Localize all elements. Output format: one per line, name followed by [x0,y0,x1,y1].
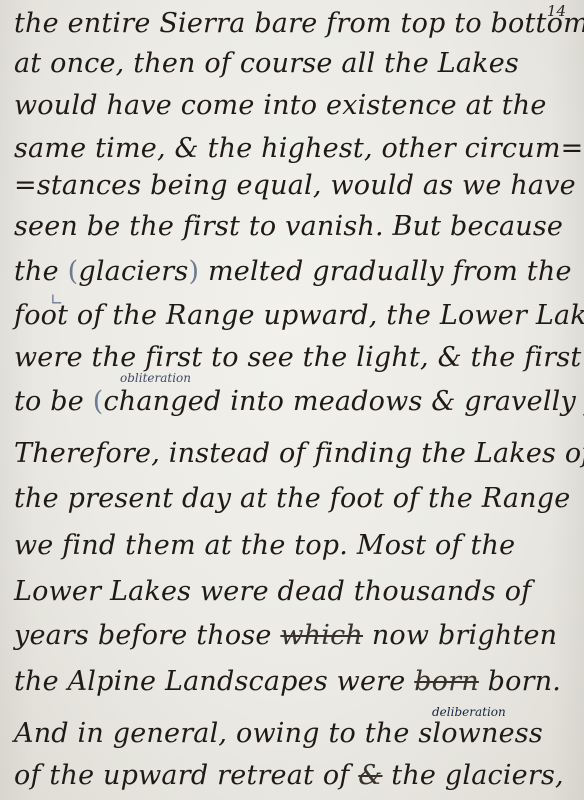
struck-word: born [414,666,479,697]
manuscript-line-7: the (glaciers) melted gradually from the [14,258,572,285]
line-text: born. [479,666,561,697]
manuscript-line-18: of the upward retreat of & the glaciers, [14,762,564,789]
manuscript-line-2: at once, then of course all the Lakes [14,50,519,77]
manuscript-line-5: =stances being equal, would as we have [14,172,576,199]
interlinear-annotation-obliteration: obliteration [120,371,191,385]
pencil-paren-open: ( [68,256,79,287]
manuscript-line-10: to be (changed into meadows & gravelly f… [14,388,584,415]
manuscript-line-4: same time, & the highest, other circum= [14,135,583,162]
line-word: changed [103,386,221,417]
pencil-paren-open: ( [93,386,104,417]
line-text: into meadows & gravelly flats [221,386,584,417]
manuscript-line-16: the Alpine Landscapes were born born. [14,668,561,695]
line-text: the glaciers, [383,760,564,791]
line-text: now brighten [363,620,557,651]
line-text: melted gradually from the [199,256,571,287]
line-text: to be [14,386,93,417]
line-text: of the upward retreat of [14,760,358,791]
manuscript-line-9: were the first to see the light, & the f… [14,344,581,371]
manuscript-line-1: the entire Sierra bare from top to botto… [14,10,584,37]
pencil-paren-close: ) [188,256,199,287]
manuscript-line-15: years before those which now brighten [14,622,557,649]
line-word: glaciers [78,256,188,287]
manuscript-line-12: the present day at the foot of the Range [14,485,570,512]
line-text: years before those [14,620,280,651]
manuscript-page: 14 the entire Sierra bare from top to bo… [0,0,584,800]
manuscript-line-14: Lower Lakes were dead thousands of [14,578,531,605]
manuscript-line-6: seen be the first to vanish. But because [14,213,563,240]
line-text: the [14,256,68,287]
manuscript-line-8: foot of the Range upward, the Lower Lake… [14,302,584,329]
manuscript-line-3: would have come into existence at the [14,92,547,119]
manuscript-line-11: Therefore, instead of finding the Lakes … [14,440,584,467]
struck-word: which [280,620,363,651]
interlinear-annotation-deliberation: deliberation [432,705,506,719]
manuscript-line-13: we find them at the top. Most of the [14,532,515,559]
manuscript-line-17: And in general, owing to the slowness [14,720,543,747]
struck-word: & [358,760,382,791]
line-text: the Alpine Landscapes were [14,666,414,697]
